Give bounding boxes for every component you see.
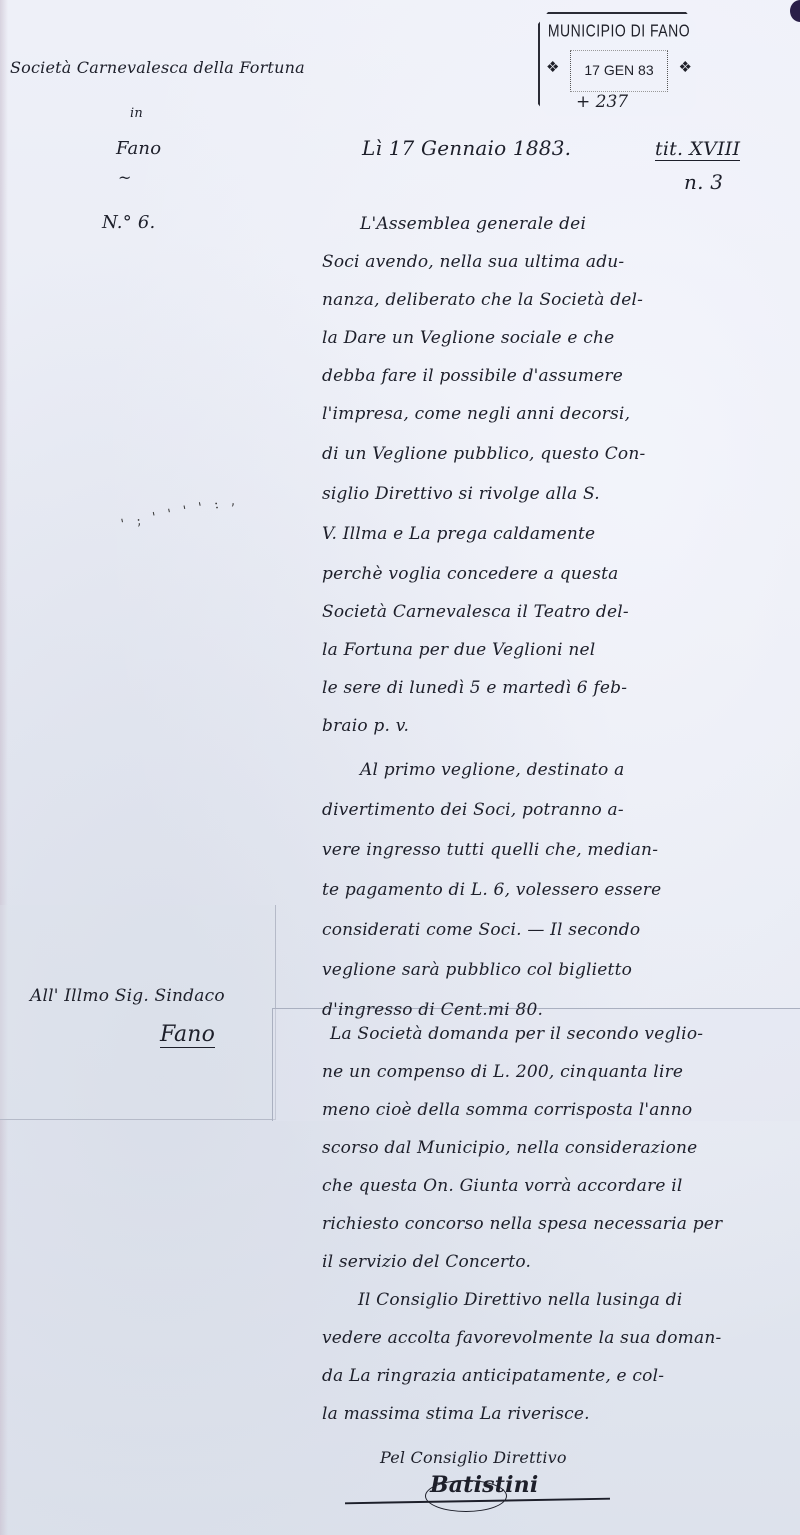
stamp-title: MUNICIPIO DI FANO <box>540 20 698 40</box>
letterhead-number: N.° 6. <box>102 212 155 233</box>
stamp-protocol-number: + 237 <box>576 92 628 112</box>
body-line: l'impresa, come negli anni decorsi, <box>322 404 630 424</box>
letterhead-in: in <box>130 106 143 121</box>
body-line: veglione sarà pubblico col biglietto <box>322 960 632 980</box>
signature-flourish <box>425 1480 507 1512</box>
dateline: Lì 17 Gennaio 1883. <box>362 136 571 160</box>
reference-title: tit. XVIII <box>655 138 740 160</box>
body-line: te pagamento di L. 6, volessero essere <box>322 880 661 900</box>
stamp-date: 17 GEN 83 <box>571 62 667 78</box>
body-line: Società Carnevalesca il Teatro del- <box>322 602 629 622</box>
body-line: La Società domanda per il secondo veglio… <box>330 1024 703 1044</box>
letterhead-flourish: ~ <box>118 168 132 187</box>
body-line: vere ingresso tutti quelli che, median- <box>322 840 658 860</box>
body-line: meno cioè della somma corrisposta l'anno <box>322 1100 692 1120</box>
body-line: vedere accolta favorevolmente la sua dom… <box>322 1328 721 1348</box>
body-line: L'Assemblea generale dei <box>360 214 586 234</box>
reference-number: n. 3 <box>684 170 723 194</box>
body-line: braio p. v. <box>322 716 409 736</box>
body-line: V. Illma e La prega caldamente <box>322 524 595 544</box>
signature-council: Pel Consiglio Direttivo <box>380 1448 567 1467</box>
address-panel <box>0 905 276 1120</box>
body-line: la Fortuna per due Veglioni nel <box>322 640 595 660</box>
paper-edge <box>0 0 8 1535</box>
address-city: Fano <box>160 1022 215 1047</box>
stamp-date-box: 17 GEN 83 <box>570 50 668 92</box>
body-line: perchè voglia concedere a questa <box>322 564 618 584</box>
body-line: il servizio del Concerto. <box>322 1252 531 1272</box>
body-line: di un Veglione pubblico, questo Con- <box>322 444 645 464</box>
reference-title-text: tit. XVIII <box>655 138 740 161</box>
body-line: ne un compenso di L. 200, cinquanta lire <box>322 1062 683 1082</box>
letterhead-society: Società Carnevalesca della Fortuna <box>10 58 305 77</box>
body-line: Al primo veglione, destinato a <box>360 760 624 780</box>
letterhead-city: Fano <box>116 138 161 159</box>
body-line: richiesto concorso nella spesa necessari… <box>322 1214 722 1234</box>
body-line: considerati come Soci. — Il secondo <box>322 920 640 940</box>
body-line: la massima stima La riverisce. <box>322 1404 590 1424</box>
municipal-stamp: MUNICIPIO DI FANO ❖ 17 GEN 83 ❖ + 237 <box>538 12 700 120</box>
address-city-text: Fano <box>160 1022 215 1048</box>
stamp-ornament-left-icon: ❖ <box>546 58 559 76</box>
body-line: debba fare il possibile d'assumere <box>322 366 623 386</box>
body-line: siglio Direttivo si rivolge alla S. <box>322 484 600 504</box>
stamp-ornament-right-icon: ❖ <box>679 58 692 76</box>
body-line: scorso dal Municipio, nella considerazio… <box>322 1138 697 1158</box>
body-line: nanza, deliberato che la Società del- <box>322 290 643 310</box>
body-line: che questa On. Giunta vorrà accordare il <box>322 1176 683 1196</box>
address-recipient: All' Illmo Sig. Sindaco <box>30 986 225 1006</box>
body-line: la Dare un Veglione sociale e che <box>322 328 614 348</box>
body-line: da La ringrazia anticipatamente, e col- <box>322 1366 664 1386</box>
body-line: Soci avendo, nella sua ultima adu- <box>322 252 624 272</box>
body-line: d'ingresso di Cent.mi 80. <box>322 1000 543 1020</box>
body-line: le sere di lunedì 5 e martedì 6 feb- <box>322 678 627 698</box>
body-line: divertimento dei Soci, potranno a- <box>322 800 624 820</box>
body-line: Il Consiglio Direttivo nella lusinga di <box>358 1290 682 1310</box>
